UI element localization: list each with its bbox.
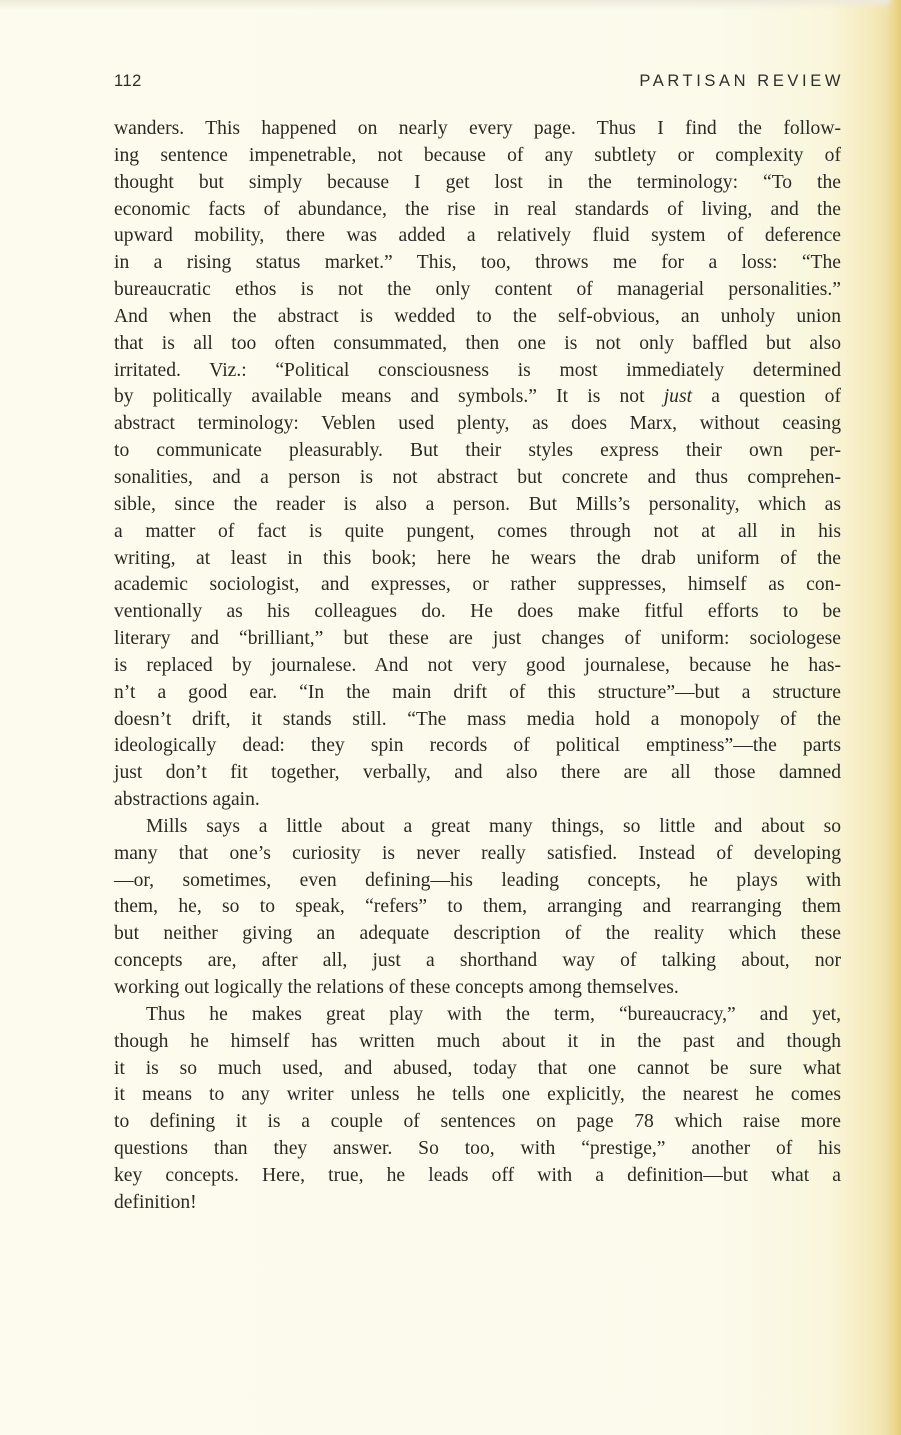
text-line: them, he, so to speak, “refers” to them,… xyxy=(114,894,841,921)
text-line: definition! xyxy=(114,1190,841,1217)
text-line: And when the abstract is wedded to the s… xyxy=(114,304,841,331)
text-line: economic facts of abundance, the rise in… xyxy=(114,197,841,224)
text-line: thought but simply because I get lost in… xyxy=(114,170,841,197)
text-line: many that one’s curiosity is never reall… xyxy=(114,841,841,868)
text-line: wanders. This happened on nearly every p… xyxy=(114,116,841,143)
text-line: concepts are, after all, just a shorthan… xyxy=(114,948,841,975)
running-head: 112 PARTISAN REVIEW xyxy=(114,72,841,96)
text-line: key concepts. Here, true, he leads off w… xyxy=(114,1163,841,1190)
text-line: —or, sometimes, even defining—his leadin… xyxy=(114,868,841,895)
text-line: academic sociologist, and expresses, or … xyxy=(114,572,841,599)
text-line: ventionally as his colleagues do. He doe… xyxy=(114,599,841,626)
text-line: sonalities, and a person is not abstract… xyxy=(114,465,841,492)
text-line: bureaucratic ethos is not the only conte… xyxy=(114,277,841,304)
text-line: it is so much used, and abused, today th… xyxy=(114,1056,841,1083)
text-line: working out logically the relations of t… xyxy=(114,975,841,1002)
text-line: in a rising status market.” This, too, t… xyxy=(114,250,841,277)
text-line: literary and “brilliant,” but these are … xyxy=(114,626,841,653)
text-line: just don’t fit together, verbally, and a… xyxy=(114,760,841,787)
text-line: Thus he makes great play with the term, … xyxy=(114,1002,841,1029)
text-line: questions than they answer. So too, with… xyxy=(114,1136,841,1163)
text-line: is replaced by journalese. And not very … xyxy=(114,653,841,680)
journal-title: PARTISAN REVIEW xyxy=(639,72,844,91)
page-number: 112 xyxy=(114,72,142,91)
text-line: ing sentence impenetrable, not because o… xyxy=(114,143,841,170)
text-line: doesn’t drift, it stands still. “The mas… xyxy=(114,707,841,734)
text-line: irritated. Viz.: “Political consciousnes… xyxy=(114,358,841,385)
text-line: n’t a good ear. “In the main drift of th… xyxy=(114,680,841,707)
text-line: writing, at least in this book; here he … xyxy=(114,546,841,573)
text-line: sible, since the reader is also a person… xyxy=(114,492,841,519)
paragraph: Mills says a little about a great many t… xyxy=(114,814,841,1002)
paragraph: wanders. This happened on nearly every p… xyxy=(114,116,841,814)
text-line: Mills says a little about a great many t… xyxy=(114,814,841,841)
text-line: ideologically dead: they spin records of… xyxy=(114,733,841,760)
text-line: though he himself has written much about… xyxy=(114,1029,841,1056)
text-line: to communicate pleasurably. But their st… xyxy=(114,438,841,465)
text-line: to defining it is a couple of sentences … xyxy=(114,1109,841,1136)
text-line: that is all too often consummated, then … xyxy=(114,331,841,358)
text-line: it means to any writer unless he tells o… xyxy=(114,1082,841,1109)
emphasis: just xyxy=(664,386,692,407)
text-line: abstractions again. xyxy=(114,787,841,814)
page-binding-edge xyxy=(887,0,901,1435)
text-line: a matter of fact is quite pungent, comes… xyxy=(114,519,841,546)
paragraph: Thus he makes great play with the term, … xyxy=(114,1002,841,1217)
text-line: but neither giving an adequate descripti… xyxy=(114,921,841,948)
text-line: abstract terminology: Veblen used plenty… xyxy=(114,411,841,438)
article-body: wanders. This happened on nearly every p… xyxy=(114,116,841,1217)
scanned-page: 112 PARTISAN REVIEW wanders. This happen… xyxy=(0,0,901,1435)
text-line: upward mobility, there was added a relat… xyxy=(114,223,841,250)
text-line: by politically available means and symbo… xyxy=(114,384,841,411)
